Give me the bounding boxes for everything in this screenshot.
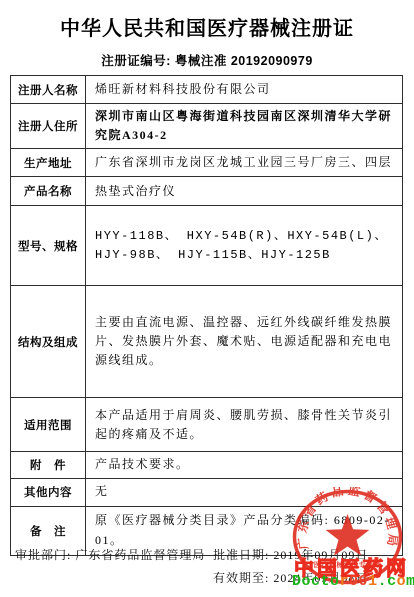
field-value: 烯旺新材料科技股份有限公司 [86,76,403,104]
certificate-page: 中华人民共和国医疗器械注册证 注册证编号: 粤械注准 20192090979 注… [0,0,414,597]
approval-department-value: 广东省药品监督管理局 [75,548,205,562]
table-row: 注册人住所 深圳市南山区粤海街道科技园南区深圳清华大学研究院A304-2 [11,104,403,149]
table-row: 型号、规格 HYY-118B、 HXY-54B(R)、HXY-54B(L)、HJ… [11,206,403,286]
registration-number-line: 注册证编号: 粤械注准 20192090979 [0,51,414,69]
table-row: 附 件 产品技术要求。 [11,452,403,478]
field-value: 主要由直流电源、温控器、远红外线碳纤维发热膜片、发热膜片外套、魔术贴、电源适配器… [86,286,403,398]
field-label: 产品名称 [11,177,86,206]
field-label: 其他内容 [11,478,86,506]
watermark-url: Doctor001.com [292,573,414,590]
table-row: 适用范围 本产品适用于肩周炎、腰肌劳损、膝骨性关节炎引起的疼痛及不适。 [11,398,403,452]
field-value: HYY-118B、 HXY-54B(R)、HXY-54B(L)、HJY-98B、… [86,206,403,286]
page-title: 中华人民共和国医疗器械注册证 [0,12,414,41]
field-value: 本产品适用于肩周炎、腰肌劳损、膝骨性关节炎引起的疼痛及不适。 [86,398,403,452]
approval-date-label: 批准日期: [213,548,269,562]
certificate-table: 注册人名称 烯旺新材料科技股份有限公司 注册人住所 深圳市南山区粤海街道科技园南… [10,75,403,556]
field-value: 广东省深圳市龙岗区龙城工业园三号厂房三、四层 [86,149,403,177]
field-label: 注册人名称 [11,76,86,104]
approval-department-label: 审批部门: [15,548,71,562]
field-label: 附 件 [11,452,86,478]
field-label: 型号、规格 [11,206,86,286]
table-row: 生产地址 广东省深圳市龙岗区龙城工业园三号厂房三、四层 [11,149,403,177]
field-value: 产品技术要求。 [86,452,403,478]
registration-number-value: 粤械注准 20192090979 [175,54,313,68]
field-label: 适用范围 [11,398,86,452]
field-value: 深圳市南山区粤海街道科技园南区深圳清华大学研究院A304-2 [86,104,403,149]
field-label: 生产地址 [11,149,86,177]
table-row: 产品名称 热垫式治疗仪 [11,177,403,206]
field-label: 结构及组成 [11,286,86,398]
registration-number-label: 注册证编号: [101,54,171,68]
stamp-star-icon [326,514,370,556]
approval-department-line: 审批部门: 广东省药品监督管理局 [15,546,205,563]
table-row: 注册人名称 烯旺新材料科技股份有限公司 [11,76,403,104]
field-value: 热垫式治疗仪 [86,177,403,206]
field-label: 注册人住所 [11,104,86,149]
valid-until-label: 有效期至: [213,571,269,585]
table-row: 结构及组成 主要由直流电源、温控器、远红外线碳纤维发热膜片、发热膜片外套、魔术贴… [11,286,403,398]
